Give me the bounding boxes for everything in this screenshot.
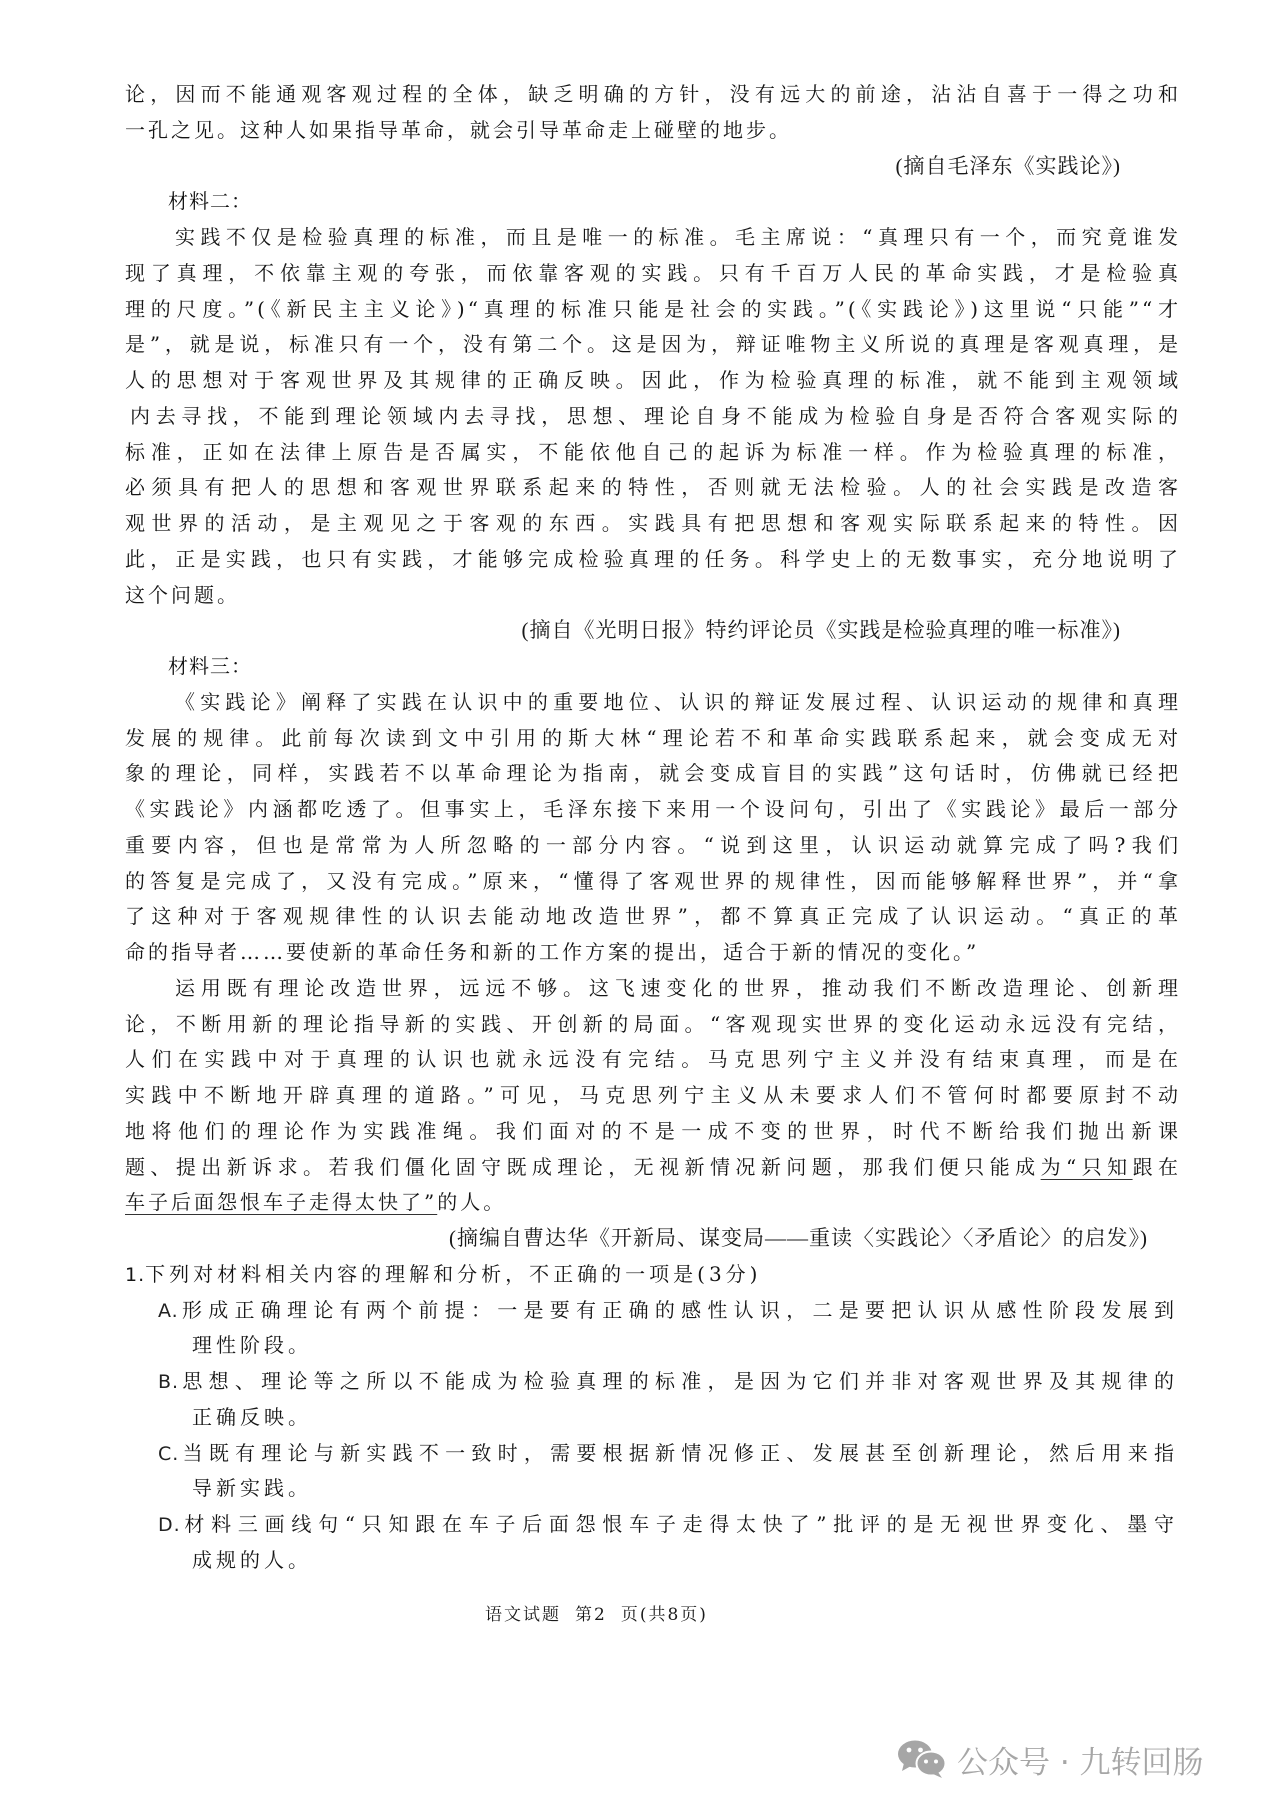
option-letter: C. [158,1443,179,1465]
material-label: 材料二： [125,184,1181,220]
text-line: 标准，正如在法律上原告是否属实，不能依他自己的起诉为标准一样。作为检验真理的标准… [125,435,1181,471]
text-line: 这个问题。 [125,578,1181,614]
source-citation: (摘自《光明日报》特约评论员《实践是检验真理的唯一标准》) [125,613,1181,649]
text-line: 现了真理，不依靠主观的夸张，而依靠客观的实践。只有千百万人民的革命实践，才是检验… [125,256,1181,292]
text-line: 理的尺度。”(《新民主主义论》)“真理的标准只能是社会的实践。”(《实践论》)这… [125,292,1181,328]
footer-subject: 语文试题 [485,1605,561,1625]
material-label: 材料三： [125,649,1181,685]
option-c-continuation: 导新实践。 [125,1471,1181,1507]
text-line: 运用既有理论改造世界，远远不够。这飞速变化的世界，推动我们不断改造理论、创新理 [125,971,1181,1007]
option-d-continuation: 成规的人。 [125,1543,1181,1579]
text-line: 一孔之见。这种人如果指导革命，就会引导革命走上碰壁的地步。 [125,113,1181,149]
text-line: 是”，就是说，标准只有一个，没有第二个。这是因为，辩证唯物主义所说的真理是客观真… [125,327,1181,363]
text-segment: 跟在 [1133,1155,1181,1179]
text-line: 《实践论》内涵都吃透了。但事实上，毛泽东接下来用一个设问句，引出了《实践论》最后… [125,792,1181,828]
text-line: 题、提出新诉求。若我们僵化固守既成理论，无视新情况新问题，那我们便只能成为“只知… [125,1150,1181,1186]
underlined-sentence: 为“只知 [1041,1155,1133,1179]
option-text: 当既有理论与新实践不一致时，需要根据新情况修正、发展甚至创新理论，然后用来指 [179,1441,1177,1465]
option-text: 形成正确理论有两个前提：一是要有正确的感性认识，二是要把认识从感性阶段发展到 [179,1298,1177,1322]
option-letter: D. [158,1514,181,1536]
wechat-icon [897,1740,947,1778]
text-line: 实践不仅是检验真理的标准，而且是唯一的标准。毛主席说：“真理只有一个，而究竟谁发 [125,220,1181,256]
option-d: D.材料三画线句“只知跟在车子后面怨恨车子走得太快了”批评的是无视世界变化、墨守 [125,1507,1181,1543]
text-line: 象的理论，同样，实践若不以革命理论为指南，就会变成盲目的实践”这句话时，仿佛就已… [125,756,1181,792]
watermark-text: 公众号 · 九转回肠 [957,1737,1204,1782]
option-text: 思想、理论等之所以不能成为检验真理的标准，是因为它们并非对客观世界及其规律的 [179,1369,1177,1393]
question-number: 1. [125,1264,145,1286]
page-footer: 语文试题第2页(共8页) [485,1602,722,1628]
footer-page-number: 第2 [575,1605,607,1625]
footer-page-total: 页(共8页) [621,1605,708,1625]
option-b: B.思想、理论等之所以不能成为检验真理的标准，是因为它们并非对客观世界及其规律的 [125,1364,1181,1400]
text-segment: 题、提出新诉求。若我们僵化固守既成理论，无视新情况新问题，那我们便只能成 [125,1155,1041,1179]
source-citation: (摘编自曹达华《开新局、谋变局——重读〈实践论〉〈矛盾论〉的启发》) [125,1221,1181,1257]
question-stem: 1.下列对材料相关内容的理解和分析，不正确的一项是(3分) [125,1257,1181,1293]
text-line: 了这种对于客观规律性的认识去能动地改造世界”，都不算真正完成了认识运动。“真正的… [125,899,1181,935]
watermark: 公众号 · 九转回肠 [897,1738,1204,1780]
exam-page: 论，因而不能通观客观过程的全体，缺乏明确的方针，没有远大的前途，沾沾自喜于一得之… [0,0,1280,1810]
text-line: 论，因而不能通观客观过程的全体，缺乏明确的方针，没有远大的前途，沾沾自喜于一得之… [125,77,1181,113]
question-text: 下列对材料相关内容的理解和分析，不正确的一项是(3分) [145,1262,761,1286]
source-citation: (摘自毛泽东《实践论》) [125,149,1181,185]
option-letter: B. [158,1371,179,1393]
option-a-continuation: 理性阶段。 [125,1328,1181,1364]
text-line: 此，正是实践，也只有实践，才能够完成检验真理的任务。科学史上的无数事实，充分地说… [125,542,1181,578]
text-line: 内去寻找，不能到理论领域内去寻找，思想、理论自身不能成为检验自身是否符合客观实际… [125,399,1181,435]
option-b-continuation: 正确反映。 [125,1400,1181,1436]
option-text: 材料三画线句“只知跟在车子后面怨恨车子走得太快了”批评的是无视世界变化、墨守 [181,1512,1177,1536]
option-c: C.当既有理论与新实践不一致时，需要根据新情况修正、发展甚至创新理论，然后用来指 [125,1436,1181,1472]
text-line: 实践中不断地开辟真理的道路。”可见，马克思列宁主义从未要求人们不管何时都要原封不… [125,1078,1181,1114]
text-line: 论，不断用新的理论指导新的实践、开创新的局面。“客观现实世界的变化运动永远没有完… [125,1007,1181,1043]
underlined-sentence: 车子后面怨恨车子走得太快了” [125,1190,437,1214]
text-line: 地将他们的理论作为实践准绳。我们面对的不是一成不变的世界，时代不断给我们抛出新课 [125,1114,1181,1150]
exam-text: 论，因而不能通观客观过程的全体，缺乏明确的方针，没有远大的前途，沾沾自喜于一得之… [125,77,1181,1579]
option-a: A.形成正确理论有两个前提：一是要有正确的感性认识，二是要把认识从感性阶段发展到 [125,1293,1181,1329]
text-line: 重要内容，但也是常常为人所忽略的一部分内容。“说到这里，认识运动就算完成了吗?我… [125,828,1181,864]
text-line: 的答复是完成了，又没有完成。”原来，“懂得了客观世界的规律性，因而能够解释世界”… [125,864,1181,900]
text-line: 车子后面怨恨车子走得太快了”的人。 [125,1185,1181,1221]
text-line: 人们在实践中对于真理的认识也就永远没有完结。马克思列宁主义并没有结束真理，而是在 [125,1042,1181,1078]
option-letter: A. [158,1300,179,1322]
text-line: 观世界的活动，是主观见之于客观的东西。实践具有把思想和客观实际联系起来的特性。因 [125,506,1181,542]
text-line: 命的指导者……要使新的革命任务和新的工作方案的提出，适合于新的情况的变化。” [125,935,1181,971]
text-line: 必须具有把人的思想和客观世界联系起来的特性，否则就无法检验。人的社会实践是改造客 [125,470,1181,506]
text-line: 人的思想对于客观世界及其规律的正确反映。因此，作为检验真理的标准，就不能到主观领… [125,363,1181,399]
text-segment: 的人。 [437,1190,506,1214]
text-line: 发展的规律。此前每次读到文中引用的斯大林“理论若不和革命实践联系起来，就会变成无… [125,721,1181,757]
text-line: 《实践论》阐释了实践在认识中的重要地位、认识的辩证发展过程、认识运动的规律和真理 [125,685,1181,721]
